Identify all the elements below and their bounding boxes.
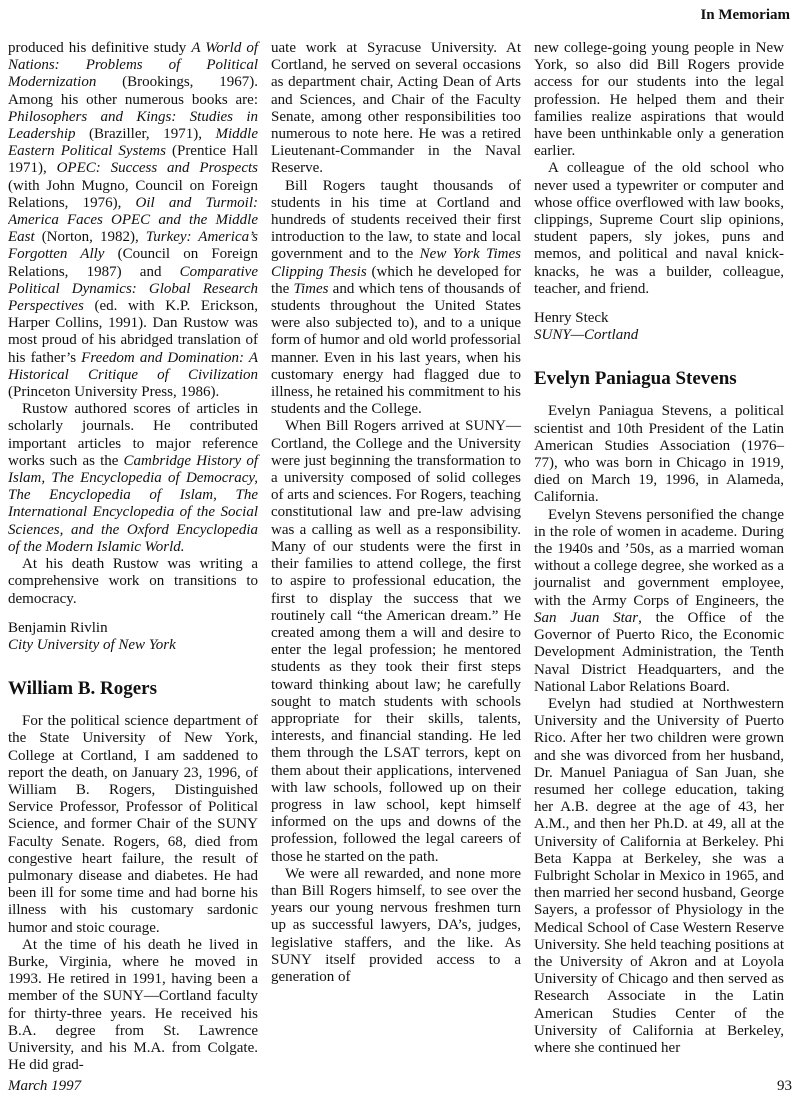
paragraph: For the political science department of … <box>8 713 258 937</box>
signature-block: Benjamin RivlinCity University of New Yo… <box>8 620 258 654</box>
signature-name: Henry Steck <box>534 310 784 327</box>
journal-date: March 1997 <box>8 1077 81 1095</box>
column-2: uate work at Syracuse University. At Cor… <box>271 40 521 1076</box>
paragraph: Evelyn had studied at Northwestern Unive… <box>534 696 784 1057</box>
paragraph: Evelyn Paniagua Stevens, a political sci… <box>534 403 784 506</box>
column-3: new college-going young people in New Yo… <box>534 40 784 1076</box>
paragraph: At his death Rustow was writing a compre… <box>8 556 258 608</box>
signature-name: Benjamin Rivlin <box>8 620 258 637</box>
signature-block: Henry SteckSUNY—Cortland <box>534 310 784 344</box>
paragraph: uate work at Syracuse University. At Cor… <box>271 40 521 178</box>
column-1: produced his definitive study A World of… <box>8 40 258 1076</box>
page-footer: March 1997 93 <box>8 1077 792 1095</box>
paragraph: A colleague of the old school who never … <box>534 160 784 298</box>
paragraph: produced his definitive study A World of… <box>8 40 258 401</box>
paragraph: Rustow authored scores of articles in sc… <box>8 401 258 556</box>
paragraph: At the time of his death he lived in Bur… <box>8 937 258 1075</box>
paragraph: We were all rewarded, and none more than… <box>271 866 521 986</box>
page-number: 93 <box>777 1077 792 1095</box>
signature-affiliation: City University of New York <box>8 637 258 654</box>
text-columns: produced his definitive study A World of… <box>8 40 792 1076</box>
running-head: In Memoriam <box>8 6 792 24</box>
paragraph: Evelyn Stevens personified the change in… <box>534 507 784 696</box>
section-heading: Evelyn Paniagua Stevens <box>534 368 784 390</box>
signature-affiliation: SUNY—Cortland <box>534 327 784 344</box>
paragraph: new college-going young people in New Yo… <box>534 40 784 160</box>
section-heading: William B. Rogers <box>8 678 258 700</box>
paragraph: When Bill Rogers arrived at SUNY—Cortlan… <box>271 418 521 865</box>
journal-page: In Memoriam produced his definitive stud… <box>0 0 800 1103</box>
paragraph: Bill Rogers taught thousands of students… <box>271 178 521 419</box>
